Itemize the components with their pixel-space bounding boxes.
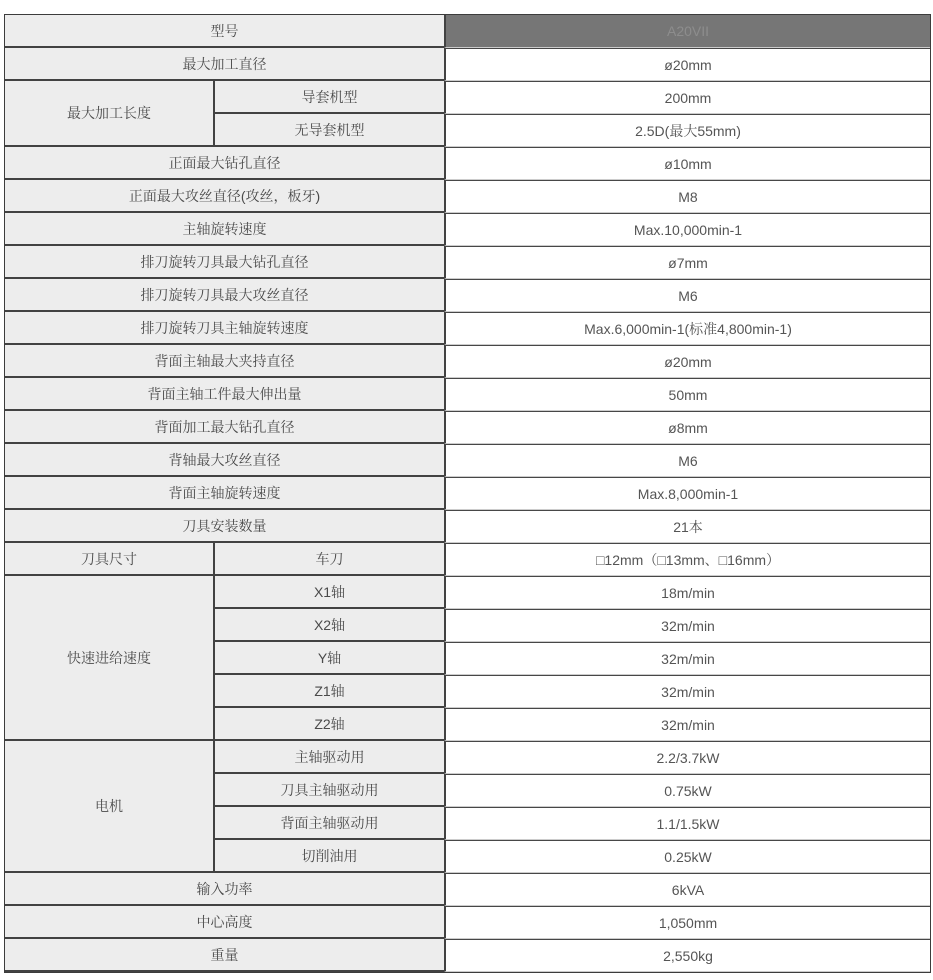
spec-value: 50mm xyxy=(444,378,930,411)
spec-value: 200mm xyxy=(444,81,930,114)
row-label: 背轴最大攻丝直径 xyxy=(5,444,444,477)
row-label: 主轴旋转速度 xyxy=(5,213,444,246)
row-group-label: 刀具尺寸 xyxy=(5,543,213,576)
spec-value: Max.10,000min-1 xyxy=(444,213,930,246)
spec-row: 背面主轴旋转速度Max.8,000min-1 xyxy=(5,477,930,510)
spec-value: 2.5D(最大55mm) xyxy=(444,114,930,147)
spec-value: 2,550kg xyxy=(444,939,930,972)
spec-row: 排刀旋转刀具主轴旋转速度Max.6,000min-1(标准4,800min-1) xyxy=(5,312,930,345)
spec-value: ø20mm xyxy=(444,345,930,378)
spec-value: Max.6,000min-1(标准4,800min-1) xyxy=(444,312,930,345)
spec-value: 2.2/3.7kW xyxy=(444,741,930,774)
spec-value: ø8mm xyxy=(444,411,930,444)
row-label: 排刀旋转刀具最大钻孔直径 xyxy=(5,246,444,279)
spec-row: 主轴旋转速度Max.10,000min-1 xyxy=(5,213,930,246)
spec-row: 刀具安装数量21本 xyxy=(5,510,930,543)
row-label: 刀具安装数量 xyxy=(5,510,444,543)
spec-value: M6 xyxy=(444,444,930,477)
row-label: 正面最大攻丝直径(攻丝，板牙) xyxy=(5,180,444,213)
spec-value: 32m/min xyxy=(444,609,930,642)
spec-row: 背轴最大攻丝直径M6 xyxy=(5,444,930,477)
spec-row: 中心高度1,050mm xyxy=(5,906,930,939)
spec-value: M8 xyxy=(444,180,930,213)
row-label: 输入功率 xyxy=(5,873,444,906)
spec-value: 0.25kW xyxy=(444,840,930,873)
row-sublabel: 背面主轴驱动用 xyxy=(213,807,444,840)
row-label: 重量 xyxy=(5,939,444,972)
row-sublabel: X1轴 xyxy=(213,576,444,609)
spec-value: 32m/min xyxy=(444,675,930,708)
spec-row: 刀具尺寸车刀□12mm（□13mm、□16mm） xyxy=(5,543,930,576)
spec-row: 背面主轴工件最大伸出量50mm xyxy=(5,378,930,411)
model-value: A20VII xyxy=(444,15,930,48)
spec-row: 正面最大攻丝直径(攻丝，板牙)M8 xyxy=(5,180,930,213)
row-sublabel: Z1轴 xyxy=(213,675,444,708)
row-label: 背面主轴最大夹持直径 xyxy=(5,345,444,378)
row-sublabel: Z2轴 xyxy=(213,708,444,741)
spec-value: 1,050mm xyxy=(444,906,930,939)
spec-value: 0.75kW xyxy=(444,774,930,807)
row-sublabel: 刀具主轴驱动用 xyxy=(213,774,444,807)
spec-row: 快速进给速度X1轴18m/min xyxy=(5,576,930,609)
spec-value: ø10mm xyxy=(444,147,930,180)
spec-value: □12mm（□13mm、□16mm） xyxy=(444,543,930,576)
row-sublabel: 导套机型 xyxy=(213,81,444,114)
spec-value: ø7mm xyxy=(444,246,930,279)
row-label: 排刀旋转刀具主轴旋转速度 xyxy=(5,312,444,345)
spec-value: M6 xyxy=(444,279,930,312)
model-row: 型号 A20VII xyxy=(5,15,930,48)
spec-row: 最大加工直径ø20mm xyxy=(5,48,930,81)
row-sublabel: 切削油用 xyxy=(213,840,444,873)
row-label: 正面最大钻孔直径 xyxy=(5,147,444,180)
row-group-label: 快速进给速度 xyxy=(5,576,213,741)
spec-value: 6kVA xyxy=(444,873,930,906)
spec-value: 1.1/1.5kW xyxy=(444,807,930,840)
spec-row: 背面加工最大钻孔直径ø8mm xyxy=(5,411,930,444)
spec-value: 32m/min xyxy=(444,708,930,741)
row-group-label: 最大加工长度 xyxy=(5,81,213,147)
row-sublabel: X2轴 xyxy=(213,609,444,642)
row-sublabel: 主轴驱动用 xyxy=(213,741,444,774)
spec-page: 型号 A20VII 最大加工直径ø20mm最大加工长度导套机型200mm无导套机… xyxy=(0,0,933,980)
model-row-label: 型号 xyxy=(5,15,444,48)
spec-row: 排刀旋转刀具最大攻丝直径M6 xyxy=(5,279,930,312)
row-group-label: 电机 xyxy=(5,741,213,873)
spec-value: ø20mm xyxy=(444,48,930,81)
row-label: 排刀旋转刀具最大攻丝直径 xyxy=(5,279,444,312)
row-label: 背面主轴旋转速度 xyxy=(5,477,444,510)
spec-table: 型号 A20VII 最大加工直径ø20mm最大加工长度导套机型200mm无导套机… xyxy=(4,14,931,973)
spec-row: 背面主轴最大夹持直径ø20mm xyxy=(5,345,930,378)
row-label: 最大加工直径 xyxy=(5,48,444,81)
row-sublabel: Y轴 xyxy=(213,642,444,675)
row-label: 背面加工最大钻孔直径 xyxy=(5,411,444,444)
spec-row: 电机主轴驱动用2.2/3.7kW xyxy=(5,741,930,774)
row-sublabel: 车刀 xyxy=(213,543,444,576)
spec-row: 输入功率6kVA xyxy=(5,873,930,906)
row-label: 中心高度 xyxy=(5,906,444,939)
spec-row: 正面最大钻孔直径ø10mm xyxy=(5,147,930,180)
spec-value: Max.8,000min-1 xyxy=(444,477,930,510)
spec-value: 18m/min xyxy=(444,576,930,609)
spec-value: 21本 xyxy=(444,510,930,543)
spec-table-body: 最大加工直径ø20mm最大加工长度导套机型200mm无导套机型2.5D(最大55… xyxy=(5,48,930,972)
spec-row: 最大加工长度导套机型200mm xyxy=(5,81,930,114)
row-sublabel: 无导套机型 xyxy=(213,114,444,147)
row-label: 背面主轴工件最大伸出量 xyxy=(5,378,444,411)
spec-row: 重量2,550kg xyxy=(5,939,930,972)
spec-row: 排刀旋转刀具最大钻孔直径ø7mm xyxy=(5,246,930,279)
spec-value: 32m/min xyxy=(444,642,930,675)
